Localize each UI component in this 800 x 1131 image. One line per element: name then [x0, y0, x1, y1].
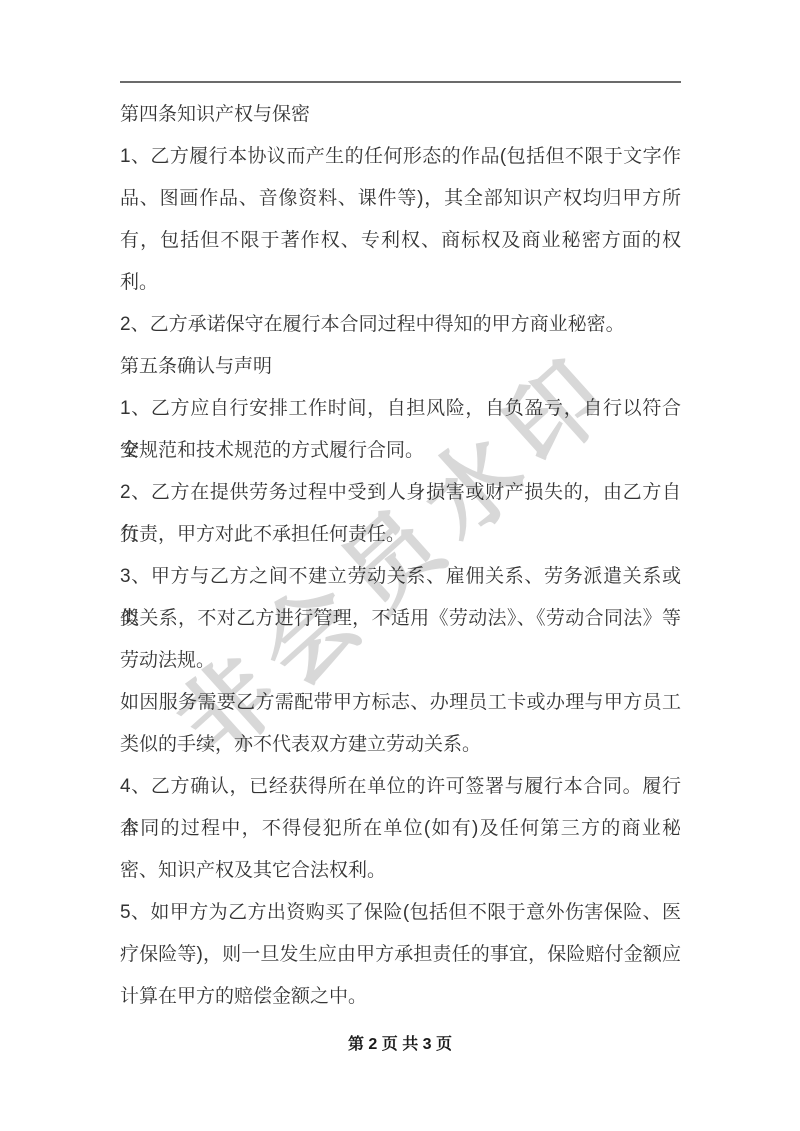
text-line: 利。 — [120, 262, 681, 304]
text-line: 品、图画作品、音像资料、课件等)，其全部知识产权均归甲方所 — [120, 178, 681, 220]
text-line: 负责，甲方对此不承担任何责任。 — [120, 514, 681, 556]
text-line: 4、乙方确认，已经获得所在单位的许可签署与履行本合同。履行本 — [120, 766, 681, 808]
document-page: 非会员水印 第四条知识产权与保密1、乙方履行本协议而产生的任何形态的作品(包括但… — [0, 0, 800, 1131]
text-line: 全规范和技术规范的方式履行合同。 — [120, 430, 681, 472]
text-line: 3、甲方与乙方之间不建立劳动关系、雇佣关系、劳务派遣关系或类 — [120, 556, 681, 598]
text-line: 有，包括但不限于著作权、专利权、商标权及商业秘密方面的权 — [120, 220, 681, 262]
text-line: 1、乙方履行本协议而产生的任何形态的作品(包括但不限于文字作 — [120, 136, 681, 178]
text-line: 5、如甲方为乙方出资购买了保险(包括但不限于意外伤害保险、医 — [120, 892, 681, 934]
text-line: 2、乙方承诺保守在履行本合同过程中得知的甲方商业秘密。 — [120, 304, 681, 346]
text-line: 第五条确认与声明 — [120, 346, 681, 388]
text-line: 合同的过程中，不得侵犯所在单位(如有)及任何第三方的商业秘 — [120, 808, 681, 850]
text-line: 1、乙方应自行安排工作时间，自担风险，自负盈亏，自行以符合安 — [120, 388, 681, 430]
text-line: 疗保险等)，则一旦发生应由甲方承担责任的事宜，保险赔付金额应 — [120, 934, 681, 976]
text-line: 计算在甲方的赔偿金额之中。 — [120, 976, 681, 1018]
text-line: 劳动法规。 — [120, 640, 681, 682]
header-divider — [120, 81, 681, 83]
document-body: 第四条知识产权与保密1、乙方履行本协议而产生的任何形态的作品(包括但不限于文字作… — [120, 94, 681, 1018]
text-line: 类似的手续，亦不代表双方建立劳动关系。 — [120, 724, 681, 766]
text-line: 第四条知识产权与保密 — [120, 94, 681, 136]
text-line: 2、乙方在提供劳务过程中受到人身损害或财产损失的，由乙方自行 — [120, 472, 681, 514]
page-number: 第 2 页 共 3 页 — [0, 1031, 800, 1054]
text-line: 似关系，不对乙方进行管理，不适用《劳动法》、《劳动合同法》等 — [120, 598, 681, 640]
text-line: 密、知识产权及其它合法权利。 — [120, 850, 681, 892]
text-line: 如因服务需要乙方需配带甲方标志、办理员工卡或办理与甲方员工 — [120, 682, 681, 724]
